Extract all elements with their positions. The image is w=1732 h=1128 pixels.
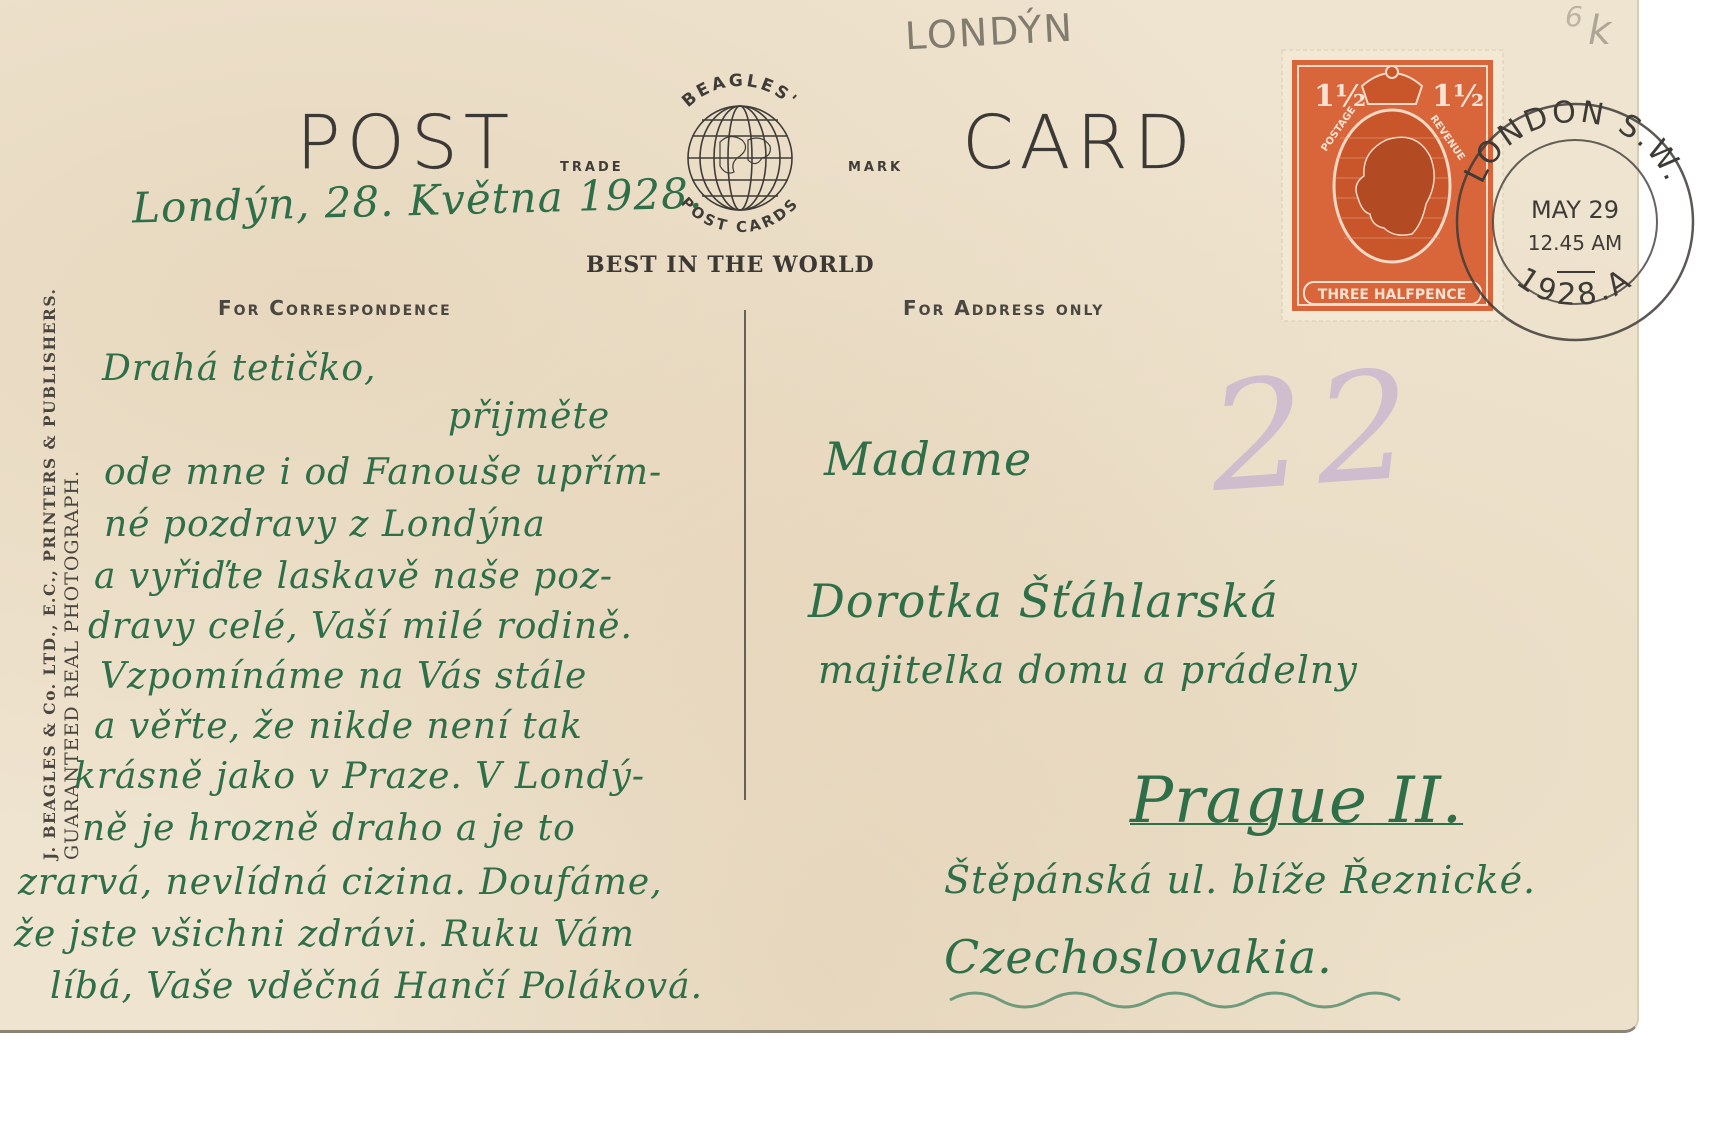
address-salutation: Madame [824, 432, 1032, 486]
header-post: POST [296, 100, 515, 186]
handwritten-dateline: Londýn, 28. Května 1928. [131, 169, 703, 233]
postcard-back: LONDÝN k 6 J. BEAGLES & Co. LTD., E.C., … [0, 0, 1639, 1033]
message-line: a vyřiďte laskavě naše poz- [94, 556, 613, 597]
mark-label: MARK [848, 160, 903, 175]
pencil-note-corner: k [1588, 8, 1613, 54]
header-card: CARD [962, 100, 1197, 186]
svg-text:1928.A: 1928.A [1510, 261, 1640, 314]
label-correspondence: For Correspondence [218, 296, 452, 320]
message-line: Vzpomínáme na Vás stále [100, 656, 587, 697]
pencil-note-corner-small: 6 [1565, 0, 1585, 33]
message-line: krásně jako v Praze. V Londý- [74, 756, 645, 797]
violet-pencil-number: 22 [1204, 338, 1426, 526]
svg-text:1½: 1½ [1314, 79, 1366, 114]
message-line: zrarvá, nevlídná cizina. Doufáme, [18, 862, 663, 903]
message-line: ně je hrozně draho a je to [82, 808, 576, 849]
message-line: přijměte [448, 396, 610, 437]
address-street: Štěpánská ul. blíže Řeznické. [944, 858, 1536, 902]
postmark-icon: LONDON S.W. MAY 29 12.45 AM 1928.A [1445, 92, 1705, 352]
message-line: Drahá tetičko, [102, 348, 376, 389]
address-name: Dorotka Šťáhlarská [808, 574, 1279, 628]
svg-text:LONDON S.W.: LONDON S.W. [1458, 94, 1693, 188]
pencil-note-top: LONDÝN [904, 6, 1075, 59]
message-line: ode mne i od Fanouše upřím- [104, 452, 662, 493]
message-line: dravy celé, Vaší milé rodině. [88, 606, 633, 647]
address-country: Czechoslovakia. [944, 930, 1333, 984]
printer-imprint-line1: J. BEAGLES & Co. LTD., E.C., PRINTERS & … [40, 288, 59, 860]
message-line: líbá, Vaše vděčná Hančí Poláková. [50, 966, 703, 1007]
address-city: Prague II. [1130, 764, 1463, 838]
label-address: For Address only [903, 296, 1104, 320]
address-occupation: majitelka domu a prádelny [818, 648, 1358, 692]
slogan: BEST IN THE WORLD [586, 252, 875, 278]
message-line: že jste všichni zdrávi. Ruku Vám [14, 914, 635, 955]
country-underline-wavy [945, 985, 1445, 1015]
svg-text:MAY 29: MAY 29 [1531, 196, 1619, 224]
svg-text:12.45 AM: 12.45 AM [1528, 231, 1623, 255]
message-line: a věřte, že nikde není tak [94, 706, 583, 747]
message-line: né pozdravy z Londýna [104, 504, 546, 545]
divider-line [744, 310, 746, 800]
svg-text:THREE HALFPENCE: THREE HALFPENCE [1318, 287, 1466, 303]
